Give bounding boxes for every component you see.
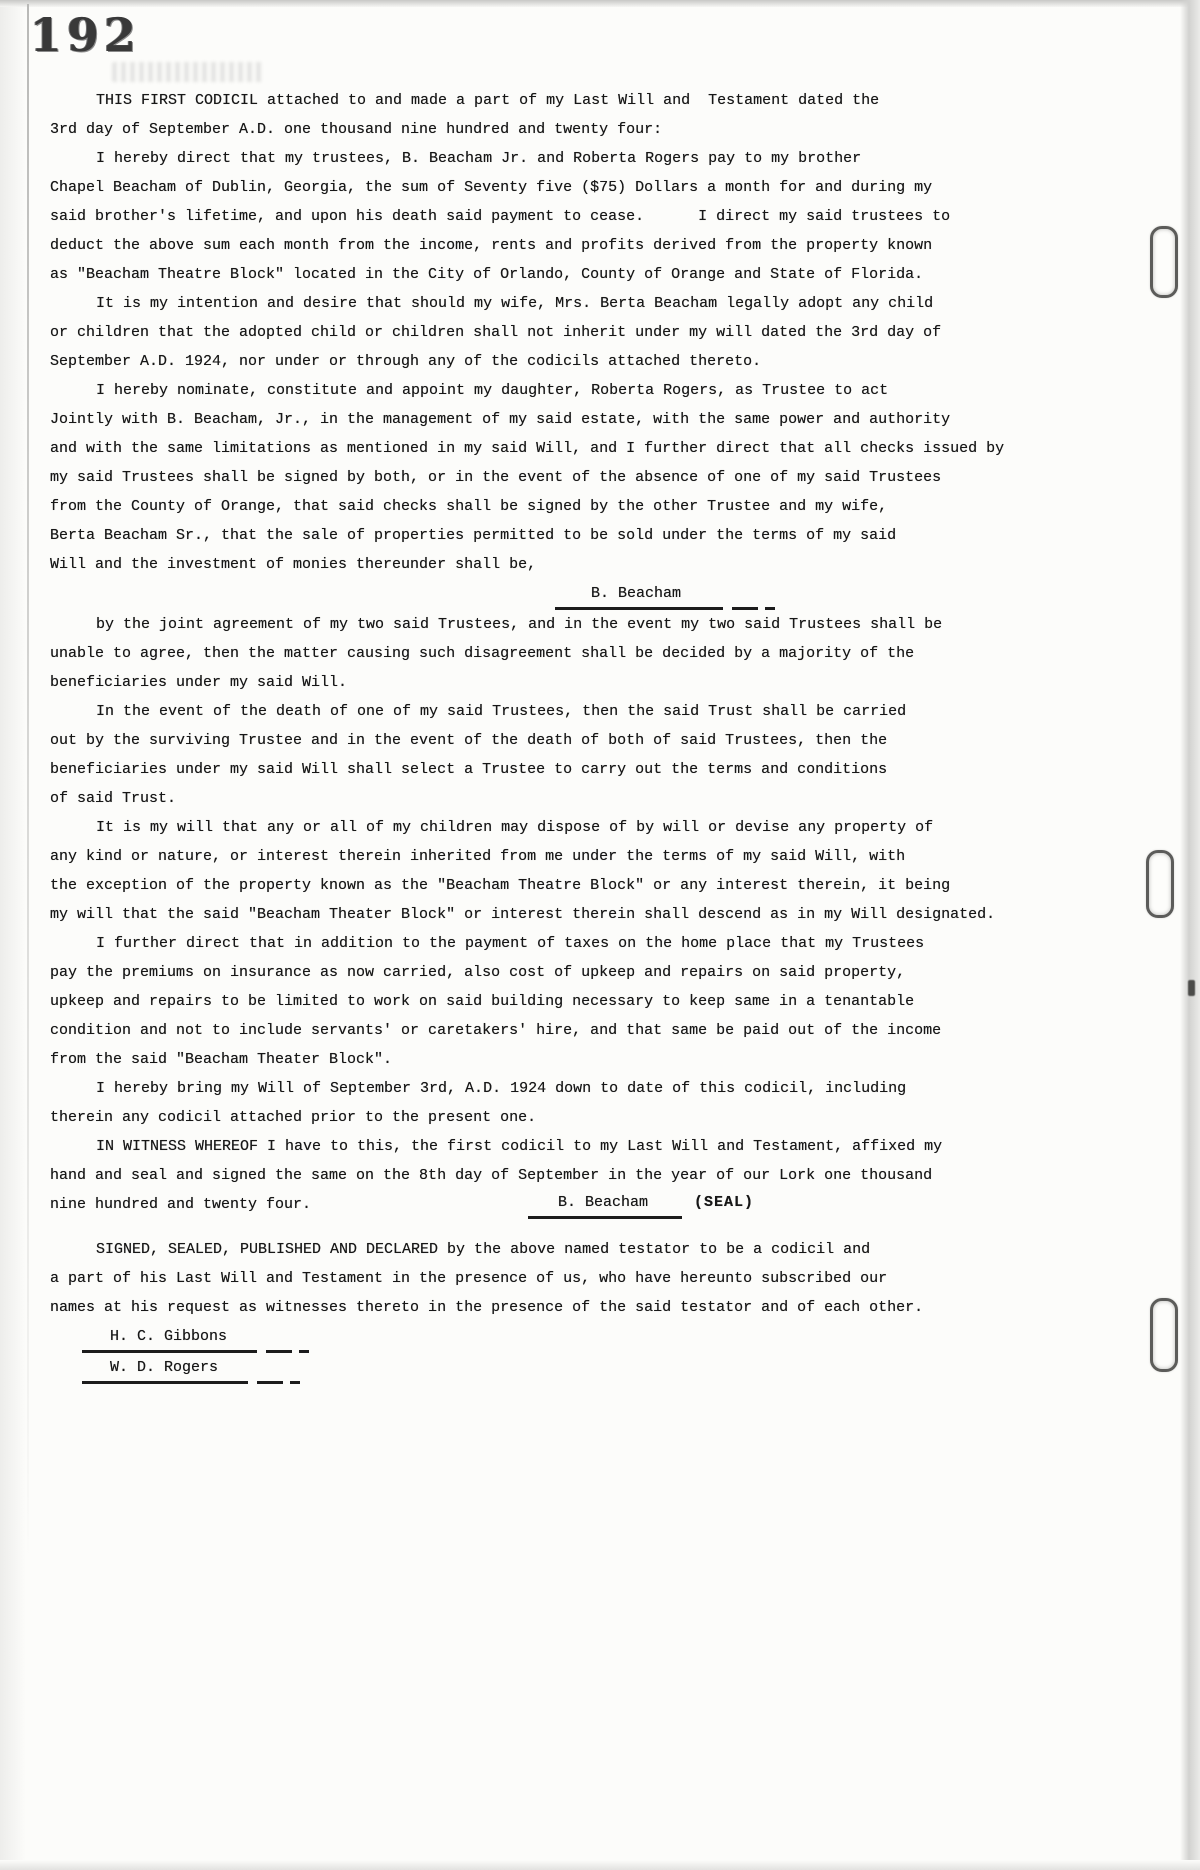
underline-dash: [299, 1338, 309, 1353]
page-left-edge-line: [27, 4, 29, 1564]
signature-text: W. D. Rogers: [82, 1355, 248, 1384]
text-line: IN WITNESS WHEREOF I have to this, the f…: [50, 1132, 1015, 1161]
scanned-page: 192 THIS FIRST CODICIL attached to and m…: [0, 0, 1200, 1870]
text-line: by the joint agreement of my two said Tr…: [50, 610, 1015, 639]
text-line: I hereby nominate, constitute and appoin…: [50, 376, 1015, 405]
text-line: and with the same limitations as mention…: [50, 434, 1015, 463]
paragraph: by the joint agreement of my two said Tr…: [50, 610, 1015, 697]
paragraph: I further direct that in addition to the…: [50, 929, 1015, 1074]
text-line: my will that the said "Beacham Theater B…: [50, 900, 1015, 929]
page-left-margin: [0, 0, 26, 1870]
text-line: THIS FIRST CODICIL attached to and made …: [50, 86, 1015, 115]
text-line: or children that the adopted child or ch…: [50, 318, 1015, 347]
signature-text: B. Beacham: [528, 1190, 682, 1219]
text-line: September A.D. 1924, nor under or throug…: [50, 347, 1015, 376]
text-line: unable to agree, then the matter causing…: [50, 639, 1015, 668]
text-line: In the event of the death of one of my s…: [50, 697, 1015, 726]
page-right-edge: [1180, 0, 1200, 1870]
paragraph: In the event of the death of one of my s…: [50, 697, 1015, 813]
text-line: Will and the investment of monies thereu…: [50, 550, 1015, 579]
underline-dash: [290, 1369, 300, 1384]
document-body: THIS FIRST CODICIL attached to and made …: [50, 86, 1015, 1384]
text-line: therein any codicil attached prior to th…: [50, 1103, 1015, 1132]
paragraph: SIGNED, SEALED, PUBLISHED AND DECLARED b…: [50, 1235, 1015, 1322]
text-line: nine hundred and twenty four.B. Beacham(…: [50, 1190, 1015, 1219]
binder-punch-hole: [1146, 850, 1174, 918]
text-line: my said Trustees shall be signed by both…: [50, 463, 1015, 492]
signature-text: B. Beacham: [555, 581, 723, 610]
faint-ink-smudge: [112, 62, 264, 82]
underline-dash: [732, 595, 758, 610]
text-line: any kind or nature, or interest therein …: [50, 842, 1015, 871]
underline-dash: [257, 1369, 283, 1384]
paragraph: It is my will that any or all of my chil…: [50, 813, 1015, 929]
underline-dash: [765, 595, 775, 610]
text-line: SIGNED, SEALED, PUBLISHED AND DECLARED b…: [50, 1235, 1015, 1264]
mid-signature-row: B. Beacham: [50, 579, 1015, 610]
paragraph: I hereby direct that my trustees, B. Bea…: [50, 144, 1015, 289]
text-line: 3rd day of September A.D. one thousand n…: [50, 115, 1015, 144]
text-line: hand and seal and signed the same on the…: [50, 1161, 1015, 1190]
paragraph: THIS FIRST CODICIL attached to and made …: [50, 86, 1015, 144]
text-line: a part of his Last Will and Testament in…: [50, 1264, 1015, 1293]
text-line: the exception of the property known as t…: [50, 871, 1015, 900]
text-line: as "Beacham Theatre Block" located in th…: [50, 260, 1015, 289]
paragraph: I hereby nominate, constitute and appoin…: [50, 376, 1015, 579]
witness-signature-row: H. C. Gibbons: [50, 1322, 1015, 1353]
text-line: deduct the above sum each month from the…: [50, 231, 1015, 260]
witness-signature-row: W. D. Rogers: [50, 1353, 1015, 1384]
text-line: I hereby direct that my trustees, B. Bea…: [50, 144, 1015, 173]
edge-ink-mark: [1188, 980, 1195, 996]
testator-seal-signature: B. Beacham(SEAL): [528, 1188, 754, 1219]
text-line: out by the surviving Trustee and in the …: [50, 726, 1015, 755]
text-line: Jointly with B. Beacham, Jr., in the man…: [50, 405, 1015, 434]
testator-mid-signature: B. Beacham: [555, 585, 775, 602]
text-line: from the County of Orange, that said che…: [50, 492, 1015, 521]
text-line: from the said "Beacham Theater Block".: [50, 1045, 1015, 1074]
text-line: condition and not to include servants' o…: [50, 1016, 1015, 1045]
text-line: Berta Beacham Sr., that the sale of prop…: [50, 521, 1015, 550]
text-line: beneficiaries under my said Will.: [50, 668, 1015, 697]
text-line: said brother's lifetime, and upon his de…: [50, 202, 1015, 231]
witness-signature: W. D. Rogers: [50, 1359, 300, 1376]
page-top-edge: [0, 0, 1200, 7]
text-line: pay the premiums on insurance as now car…: [50, 958, 1015, 987]
signature-text: H. C. Gibbons: [82, 1324, 257, 1353]
binder-punch-hole: [1150, 1298, 1178, 1372]
text-line: I further direct that in addition to the…: [50, 929, 1015, 958]
text-line: of said Trust.: [50, 784, 1015, 813]
seal-label: (SEAL): [694, 1194, 754, 1211]
paragraph: It is my intention and desire that shoul…: [50, 289, 1015, 376]
binder-punch-hole: [1150, 226, 1178, 298]
witness-signature: H. C. Gibbons: [50, 1328, 309, 1345]
page-bottom-edge: [0, 1860, 1200, 1870]
paragraph: I hereby bring my Will of September 3rd,…: [50, 1074, 1015, 1132]
signature: B. Beacham: [555, 585, 775, 602]
text-line: Chapel Beacham of Dublin, Georgia, the s…: [50, 173, 1015, 202]
paragraph: IN WITNESS WHEREOF I have to this, the f…: [50, 1132, 1015, 1219]
text-line: It is my intention and desire that shoul…: [50, 289, 1015, 318]
underline-dash: [266, 1338, 292, 1353]
text-line: I hereby bring my Will of September 3rd,…: [50, 1074, 1015, 1103]
page-number: 192: [30, 8, 141, 62]
text-line: names at his request as witnesses theret…: [50, 1293, 1015, 1322]
text-line: beneficiaries under my said Will shall s…: [50, 755, 1015, 784]
text-line: It is my will that any or all of my chil…: [50, 813, 1015, 842]
text-line: upkeep and repairs to be limited to work…: [50, 987, 1015, 1016]
